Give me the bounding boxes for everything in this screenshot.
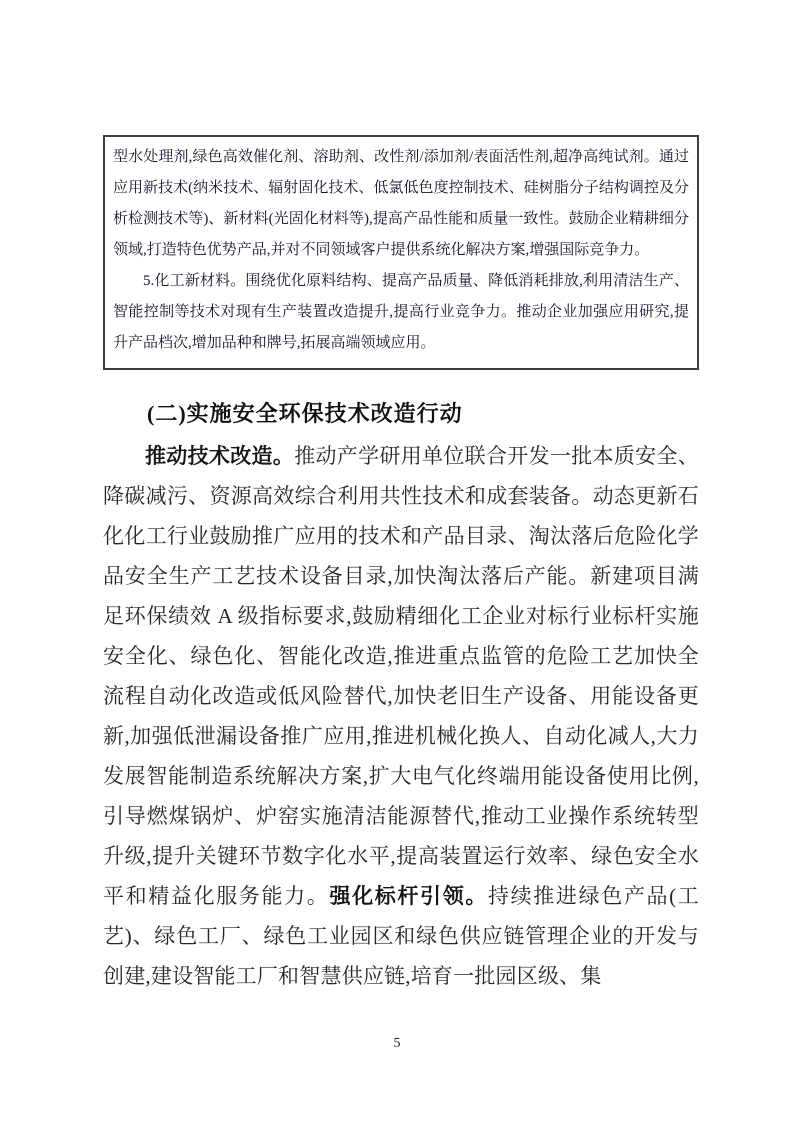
- bold-lead-in-1: 推动技术改造。: [145, 444, 294, 468]
- bold-lead-in-2: 强化标杆引领。: [329, 884, 488, 908]
- body-paragraph: 推动技术改造。推动产学研用单位联合开发一批本质安全、降碳减污、资源高效综合利用共…: [103, 436, 699, 996]
- section-heading: (二)实施安全环保技术改造行动: [103, 393, 699, 435]
- box-paragraph-1: 型水处理剂,绿色高效催化剂、溶助剂、改性剂/添加剂/表面活性剂,超净高纯试剂。通…: [113, 142, 689, 266]
- page-number: 5: [0, 1036, 794, 1052]
- document-page: 型水处理剂,绿色高效催化剂、溶助剂、改性剂/添加剂/表面活性剂,超净高纯试剂。通…: [0, 0, 794, 1123]
- body-text-1: 推动产学研用单位联合开发一批本质安全、降碳减污、资源高效综合利用共性技术和成套装…: [103, 444, 699, 908]
- continuation-text-box: 型水处理剂,绿色高效催化剂、溶助剂、改性剂/添加剂/表面活性剂,超净高纯试剂。通…: [103, 135, 699, 370]
- page-content: 型水处理剂,绿色高效催化剂、溶助剂、改性剂/添加剂/表面活性剂,超净高纯试剂。通…: [103, 135, 699, 996]
- box-paragraph-2: 5.化工新材料。围绕优化原料结构、提高产品质量、降低消耗排放,利用清洁生产、智能…: [113, 266, 689, 359]
